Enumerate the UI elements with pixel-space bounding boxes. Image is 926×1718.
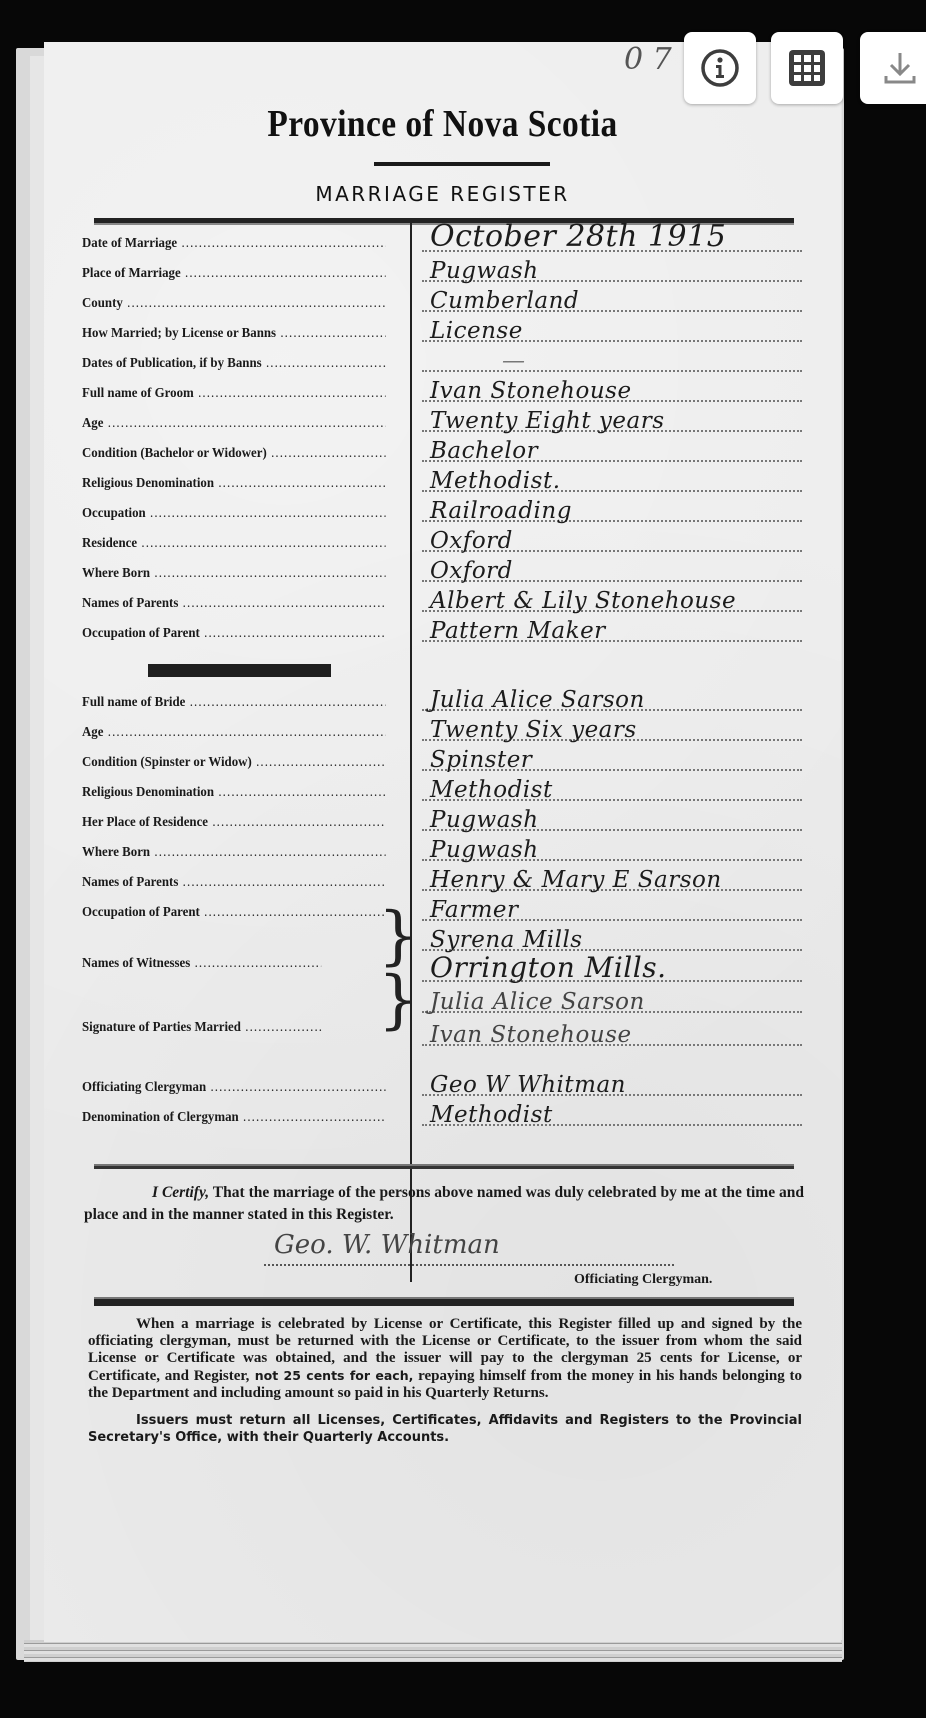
- field-value: Railroading: [430, 498, 572, 524]
- field-value: Julia Alice Sarson: [430, 687, 645, 713]
- field-label: Names of Witnesses: [82, 956, 321, 972]
- field-value: Pugwash: [430, 258, 539, 284]
- field-label: Her Place of Residence: [82, 815, 386, 831]
- field-value: Syrena Mills: [430, 927, 583, 953]
- clergyman-signature: Geo. W. Whitman: [274, 1230, 500, 1260]
- info-circle-icon: [700, 48, 740, 88]
- field-label: Officiating Clergyman: [82, 1080, 386, 1096]
- field-value: Pattern Maker: [430, 618, 606, 644]
- grid-icon: [787, 48, 827, 88]
- field-label: How Married; by License or Banns: [82, 326, 386, 342]
- certification-statement: I Certify, That the marriage of the pers…: [84, 1182, 804, 1226]
- field-row: Religious DenominationMethodist: [82, 775, 802, 805]
- field-label: Religious Denomination: [82, 785, 386, 801]
- field-label: Full name of Groom: [82, 386, 386, 402]
- field-row: Date of MarriageOctober 28th 1915: [82, 226, 802, 256]
- document-title: Province of Nova Scotia: [92, 102, 793, 146]
- field-value: Bachelor: [430, 438, 538, 464]
- field-row: Officiating ClergymanGeo W Whitman: [82, 1070, 802, 1100]
- field-label: Where Born: [82, 845, 386, 861]
- download-button[interactable]: [860, 32, 926, 104]
- field-label: Occupation: [82, 506, 386, 522]
- note-emphasis: not 25 cents for each,: [249, 1368, 413, 1383]
- field-value: Cumberland: [430, 288, 579, 314]
- field-value: —: [502, 348, 526, 374]
- field-row: Where BornPugwash: [82, 835, 802, 865]
- field-row: Where BornOxford: [82, 556, 802, 586]
- field-label: Full name of Bride: [82, 695, 386, 711]
- field-row: Her Place of ResidencePugwash: [82, 805, 802, 835]
- field-value: Methodist: [430, 1102, 553, 1128]
- field-value: Twenty Six years: [430, 717, 637, 743]
- field-value: Ivan Stonehouse: [430, 378, 632, 404]
- field-row: Names of WitnessesOrrington Mills.: [82, 956, 802, 986]
- note-paragraph-2: Issuers must return all Licenses, Certif…: [88, 1412, 802, 1446]
- title-rule: [374, 162, 550, 166]
- field-value: Pugwash: [430, 807, 539, 833]
- field-label: Date of Marriage: [82, 236, 386, 252]
- field-label: Occupation of Parent: [82, 626, 386, 642]
- witnesses-brace: }: [378, 904, 419, 968]
- field-label: Age: [82, 416, 386, 432]
- section-separator-bar: [148, 664, 331, 677]
- field-row: Place of MarriagePugwash: [82, 256, 802, 286]
- field-label: Occupation of Parent: [82, 905, 386, 921]
- field-label: Signature of Parties Married: [82, 1020, 321, 1036]
- signature-caption: Officiating Clergyman.: [574, 1272, 712, 1288]
- info-button[interactable]: [684, 32, 756, 104]
- field-value: Twenty Eight years: [430, 408, 665, 434]
- marriage-register-document: 0 7 Province of Nova Scotia MARRIAGE REG…: [44, 42, 841, 1642]
- field-label: Religious Denomination: [82, 476, 386, 492]
- field-value: Ivan Stonehouse: [430, 1022, 632, 1048]
- signature-line: [264, 1264, 674, 1266]
- field-value: Farmer: [430, 897, 519, 923]
- field-label: Age: [82, 725, 386, 741]
- field-row: Names of ParentsHenry & Mary E Sarson: [82, 865, 802, 895]
- field-value: Spinster: [430, 747, 532, 773]
- field-label: Names of Parents: [82, 596, 386, 612]
- field-row: How Married; by License or BannsLicense: [82, 316, 802, 346]
- field-value: October 28th 1915: [430, 219, 726, 254]
- field-label: County: [82, 296, 386, 312]
- field-value: Methodist.: [430, 468, 561, 494]
- paper-edges: [24, 1640, 842, 1662]
- field-row: Condition (Spinster or Widow)Spinster: [82, 745, 802, 775]
- field-label: Place of Marriage: [82, 266, 386, 282]
- certify-rule: [94, 1164, 794, 1169]
- field-label: Condition (Bachelor or Widower): [82, 446, 386, 462]
- field-row: Full name of GroomIvan Stonehouse: [82, 376, 802, 406]
- field-value: Methodist: [430, 777, 553, 803]
- field-value: License: [430, 318, 523, 344]
- field-value: Oxford: [430, 528, 513, 554]
- field-value: Orrington Mills.: [430, 951, 666, 984]
- field-value: Pugwash: [430, 837, 539, 863]
- field-row: Religious DenominationMethodist.: [82, 466, 802, 496]
- download-icon: [880, 48, 920, 88]
- field-row: ResidenceOxford: [82, 526, 802, 556]
- field-row: CountyCumberland: [82, 286, 802, 316]
- field-row: Full name of BrideJulia Alice Sarson: [82, 685, 802, 715]
- field-row: Condition (Bachelor or Widower)Bachelor: [82, 436, 802, 466]
- field-row: Occupation of ParentPattern Maker: [82, 616, 802, 646]
- field-label: Residence: [82, 536, 386, 552]
- signatures-brace: }: [378, 968, 419, 1032]
- field-value: Albert & Lily Stonehouse: [430, 588, 736, 614]
- archive-number-mark: 0 7: [624, 42, 672, 77]
- field-row: Occupation of ParentFarmer: [82, 895, 802, 925]
- field-label: Denomination of Clergyman: [82, 1110, 386, 1126]
- field-label: Where Born: [82, 566, 386, 582]
- certify-lead: I Certify,: [152, 1184, 209, 1201]
- field-value: Oxford: [430, 558, 513, 584]
- field-value: Julia Alice Sarson: [430, 989, 645, 1015]
- field-row: AgeTwenty Six years: [82, 715, 802, 745]
- grid-view-button[interactable]: [771, 32, 843, 104]
- field-line: [422, 370, 802, 372]
- document-subtitle: MARRIAGE REGISTER: [44, 182, 841, 206]
- field-row: Denomination of ClergymanMethodist: [82, 1100, 802, 1130]
- field-row: Names of ParentsAlbert & Lily Stonehouse: [82, 586, 802, 616]
- instructions-notes: When a marriage is celebrated by License…: [88, 1316, 802, 1456]
- field-label: Names of Parents: [82, 875, 386, 891]
- field-row: Signature of Parties MarriedIvan Stoneho…: [82, 1020, 802, 1050]
- field-value: Henry & Mary E Sarson: [430, 867, 722, 893]
- field-row: OccupationRailroading: [82, 496, 802, 526]
- notes-rule: [94, 1297, 794, 1306]
- field-row: AgeTwenty Eight years: [82, 406, 802, 436]
- field-row: Julia Alice Sarson: [82, 987, 802, 1017]
- field-row: Dates of Publication, if by Banns—: [82, 346, 802, 376]
- field-value: Geo W Whitman: [430, 1072, 626, 1098]
- field-label: Condition (Spinster or Widow): [82, 755, 386, 771]
- field-label: Dates of Publication, if by Banns: [82, 356, 386, 372]
